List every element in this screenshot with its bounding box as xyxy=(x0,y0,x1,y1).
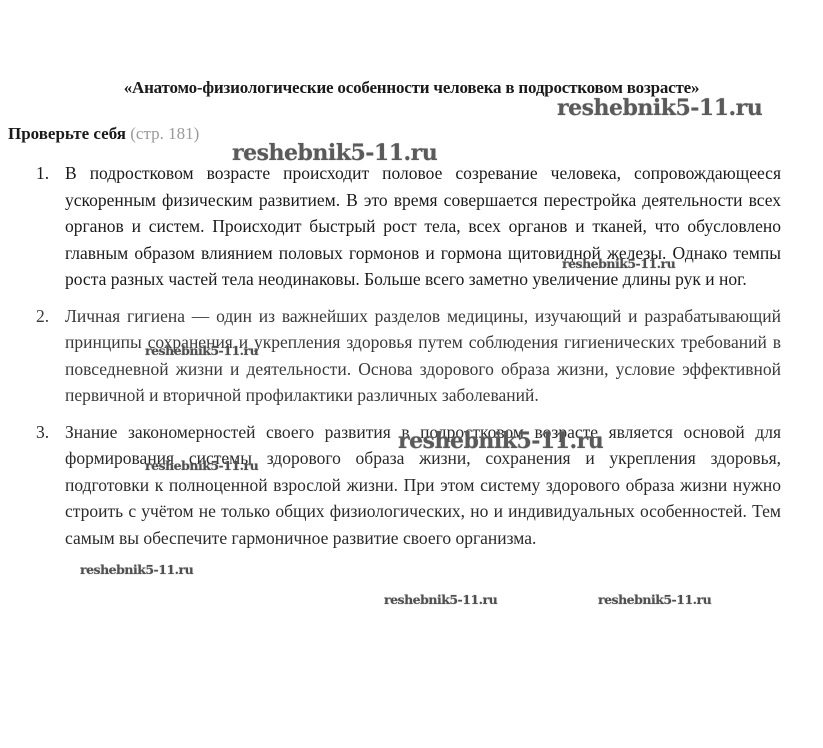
watermark: reshebnik5-11.ru xyxy=(398,428,603,454)
item-number: 2. xyxy=(36,303,49,330)
answer-list: 1. В подростковом возрасте происходит по… xyxy=(36,160,781,561)
watermark: reshebnik5-11.ru xyxy=(598,592,711,607)
watermark: reshebnik5-11.ru xyxy=(384,592,497,607)
section-page-ref: (стр. 181) xyxy=(130,124,199,143)
item-number: 3. xyxy=(36,419,49,446)
answer-item-1: 1. В подростковом возрасте происходит по… xyxy=(36,160,781,293)
item-number: 1. xyxy=(36,160,49,187)
watermark: reshebnik5-11.ru xyxy=(145,458,258,473)
section-heading-label: Проверьте себя xyxy=(8,124,126,143)
watermark: reshebnik5-11.ru xyxy=(232,140,437,166)
watermark: reshebnik5-11.ru xyxy=(562,256,675,271)
watermark: reshebnik5-11.ru xyxy=(80,562,193,577)
watermark: reshebnik5-11.ru xyxy=(145,343,258,358)
section-heading: Проверьте себя (стр. 181) xyxy=(8,124,199,144)
watermark: reshebnik5-11.ru xyxy=(557,95,762,121)
